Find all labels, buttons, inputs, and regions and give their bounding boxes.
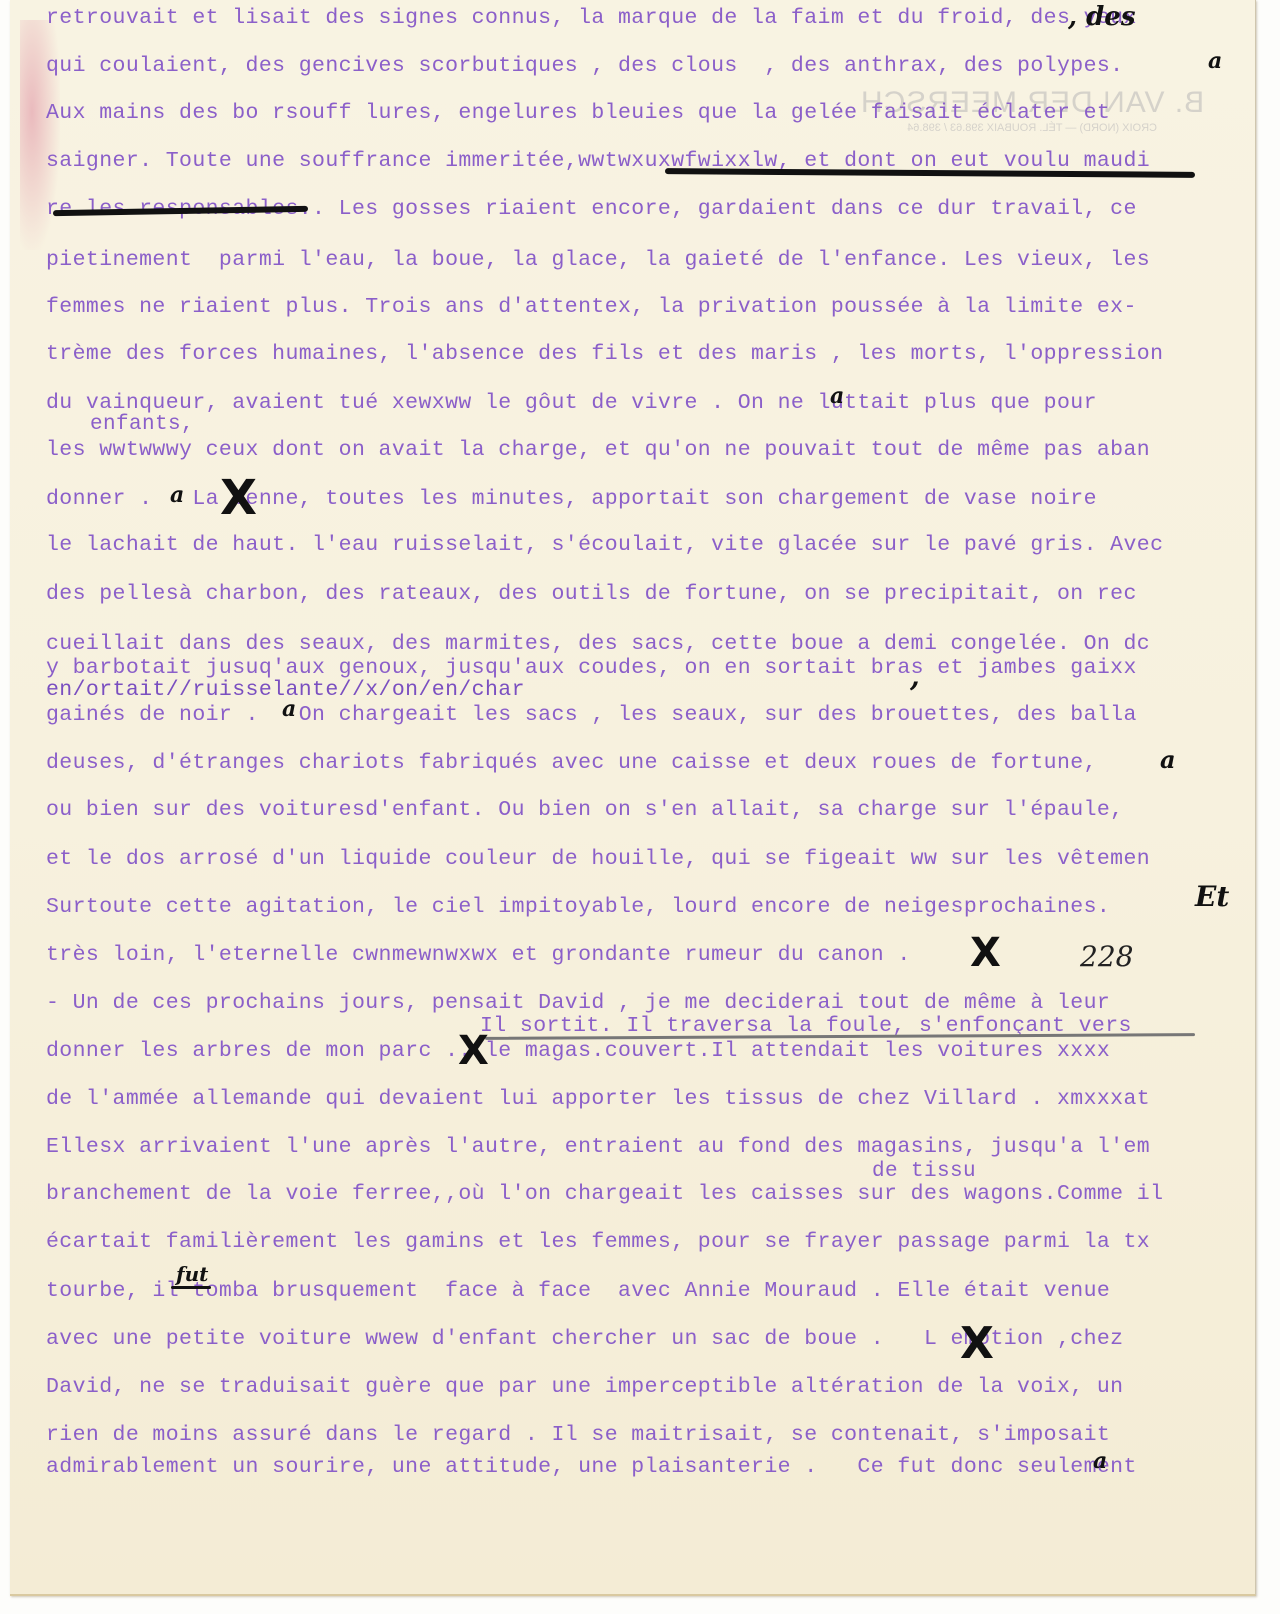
text-line: y barbotait jusuq'aux genoux, jusqu'aux … xyxy=(46,656,1137,680)
text-line: retrouvait et lisait des signes connus, … xyxy=(46,6,1137,30)
x-mark: X xyxy=(970,930,1001,976)
text-line: des pellesà charbon, des rateaux, des ou… xyxy=(46,582,1137,606)
text-line: écartait familièrement les gamins et les… xyxy=(46,1230,1150,1254)
alinea-mark: a xyxy=(1093,1448,1107,1474)
text-line: donner les arbres de mon parc .. le maga… xyxy=(46,1039,1110,1063)
et-mark: Et xyxy=(1195,880,1229,913)
text-line: ou bien sur des voituresd'enfant. Ou bie… xyxy=(46,798,1123,822)
text-line: Aux mains des bo rsouff lures, engelures… xyxy=(46,101,1110,125)
manuscript-page: B. VAN DER MEERSCH CROIX (NORD) — TÉL. R… xyxy=(10,0,1256,1596)
page-number: 228 xyxy=(1080,940,1133,973)
text-line: Ellesx arrivaient l'une après l'autre, e… xyxy=(46,1135,1150,1159)
text-line: admirablement un sourire, une attitude, … xyxy=(46,1455,1137,1479)
alinea-mark: a xyxy=(170,482,184,508)
text-line: les wwtwwwy ceux dont on avait la charge… xyxy=(46,438,1150,462)
text-insert: de tissu xyxy=(872,1160,976,1183)
text-line: qui coulaient, des gencives scorbutiques… xyxy=(46,54,1123,78)
alinea-mark: a xyxy=(1208,48,1222,74)
text-line: du vainqueur, avaient tué xewxww le gôut… xyxy=(46,391,1097,415)
text-line: David, ne se traduisait guère que par un… xyxy=(46,1375,1123,1399)
strike-through-short xyxy=(171,1286,211,1289)
text-line: pietinement parmi l'eau, la boue, la gla… xyxy=(46,248,1150,272)
text-line: très loin, l'eternelle cwnmewnwxwx et gr… xyxy=(46,943,911,967)
text-line: branchement de la voie ferree,,où l'on c… xyxy=(46,1182,1163,1206)
alinea-mark: a xyxy=(1160,745,1176,774)
x-mark: X xyxy=(458,1028,489,1074)
comma-mark: , xyxy=(910,660,920,693)
text-line: donner . La benne, toutes les minutes, a… xyxy=(46,487,1097,511)
text-line: Surtoute cette agitation, le ciel impito… xyxy=(46,895,1110,919)
alinea-mark: a xyxy=(282,696,296,722)
x-mark: X xyxy=(220,470,257,526)
text-line: femmes ne riaient plus. Trois ans d'atte… xyxy=(46,295,1137,319)
text-line: - Un de ces prochains jours, pensait Dav… xyxy=(46,991,1110,1015)
alinea-mark: a xyxy=(830,383,844,409)
x-mark: X xyxy=(960,1318,994,1369)
text-line: rien de moins assuré dans le regard . Il… xyxy=(46,1423,1110,1447)
handwritten-insert: , des xyxy=(1068,2,1135,32)
text-line: et le dos arrosé d'un liquide couleur de… xyxy=(46,847,1150,871)
text-line: de l'ammée allemande qui devaient lui ap… xyxy=(46,1087,1150,1111)
text-line: cueillait dans des seaux, des marmites, … xyxy=(46,632,1150,656)
fut-correction: fut xyxy=(176,1262,208,1286)
text-insert: enfants, xyxy=(90,413,194,436)
text-line: le lachait de haut. l'eau ruisselait, s'… xyxy=(46,533,1163,557)
text-line: gainés de noir . On chargeait les sacs ,… xyxy=(46,703,1137,727)
text-line: trème des forces humaines, l'absence des… xyxy=(46,342,1163,366)
text-line: deuses, d'étranges chariots fabriqués av… xyxy=(46,751,1097,775)
